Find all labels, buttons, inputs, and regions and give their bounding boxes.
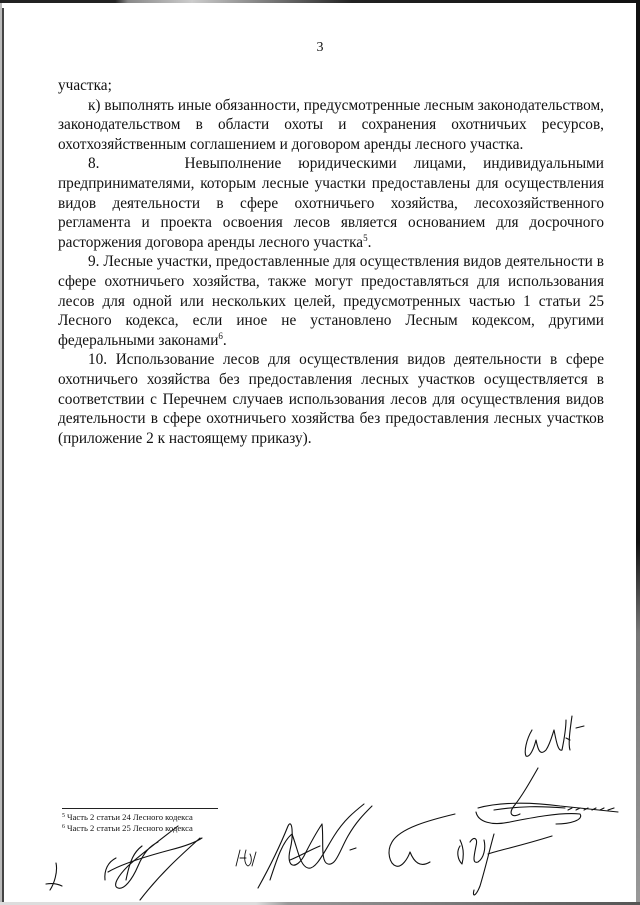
document-body: участка; к) выполнять иные обязанности, … xyxy=(58,76,604,448)
footnote-text: Часть 2 статьи 25 Лесного кодекса xyxy=(67,823,193,833)
scan-edge-right xyxy=(636,0,640,905)
footnote-divider xyxy=(62,808,218,809)
signature-3-icon xyxy=(236,850,256,866)
signature-7-icon xyxy=(476,768,618,824)
page-number: 3 xyxy=(0,40,640,56)
scan-edge-left xyxy=(2,8,4,905)
footnote-marker: 6 xyxy=(62,824,65,830)
paragraph-9: 9. Лесные участки, предоставленные для о… xyxy=(58,252,604,350)
paragraph-text: 9. Лесные участки, предоставленные для о… xyxy=(58,253,604,348)
paragraph-8: 8. Невыполнение юридическими лицами, инд… xyxy=(58,154,604,252)
signature-2-icon xyxy=(105,826,202,900)
signature-5-icon xyxy=(389,814,455,866)
paragraph-text: 8. Невыполнение юридическими лицами, инд… xyxy=(58,155,604,250)
footnote-item: 5Часть 2 статьи 24 Лесного кодекса xyxy=(62,812,193,823)
paragraph-punctuation: . xyxy=(223,332,227,349)
scan-edge-top xyxy=(0,0,640,3)
paragraph-continuation: участка; xyxy=(58,76,604,96)
footnote-item: 6Часть 2 статьи 25 Лесного кодекса xyxy=(62,823,193,834)
paragraph-10: 10. Использование лесов для осуществлени… xyxy=(58,350,604,448)
footnote-text: Часть 2 статьи 24 Лесного кодекса xyxy=(67,812,193,822)
footnotes: 5Часть 2 статьи 24 Лесного кодекса 6Част… xyxy=(62,812,193,834)
signature-8-icon xyxy=(458,834,552,895)
signature-4-icon xyxy=(258,804,372,888)
paragraph-text: к) выполнять иные обязанности, предусмот… xyxy=(58,97,604,153)
paragraph-text: участка; xyxy=(58,77,112,94)
footnote-marker: 5 xyxy=(62,813,65,819)
signature-6-icon xyxy=(525,716,584,756)
paragraph-k: к) выполнять иные обязанности, предусмот… xyxy=(58,96,604,155)
signature-1-icon xyxy=(46,863,62,890)
paragraph-text: 10. Использование лесов для осуществлени… xyxy=(58,351,604,446)
paragraph-punctuation: . xyxy=(368,234,372,251)
